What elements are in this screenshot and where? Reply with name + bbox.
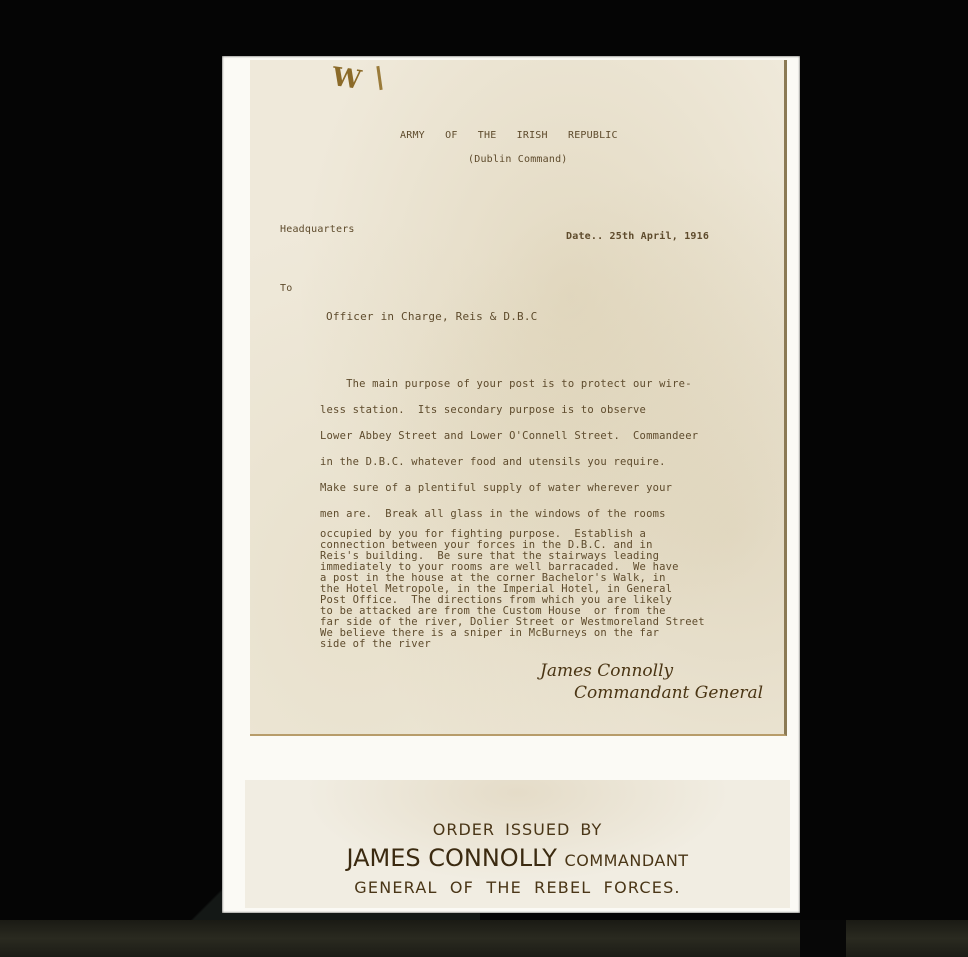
to-label: To bbox=[280, 283, 292, 294]
projector-strip bbox=[0, 920, 968, 957]
body-line: men are. Break all glass in the windows … bbox=[320, 508, 666, 520]
addressee: Officer in Charge, Reis & D.B.C bbox=[326, 310, 538, 323]
lantern-slide: W ARMY OF THE IRISH REPUBLIC (Dublin Com… bbox=[222, 56, 800, 913]
caption-line-3: GENERAL OF THE REBEL FORCES. bbox=[245, 878, 790, 897]
body-line: Lower Abbey Street and Lower O'Connell S… bbox=[320, 430, 698, 442]
caption-panel: ORDER ISSUED BY JAMES CONNOLLY COMMANDAN… bbox=[245, 780, 790, 908]
document-subheading: (Dublin Command) bbox=[468, 154, 568, 165]
body-line: Make sure of a plentiful supply of water… bbox=[320, 482, 672, 494]
body-line: in the D.B.C. whatever food and utensils… bbox=[320, 456, 666, 468]
sender-label: Headquarters bbox=[280, 224, 355, 235]
document-paper: W ARMY OF THE IRISH REPUBLIC (Dublin Com… bbox=[250, 60, 787, 736]
caption-line-2: JAMES CONNOLLY COMMANDANT bbox=[245, 844, 790, 872]
signature-name: James Connolly bbox=[540, 660, 763, 682]
strip-gap bbox=[800, 920, 846, 957]
caption-name: JAMES CONNOLLY bbox=[346, 844, 556, 872]
document-date: Date.. 25th April, 1916 bbox=[566, 231, 709, 242]
signature-title: Commandant General bbox=[540, 682, 763, 704]
document-heading: ARMY OF THE IRISH REPUBLIC bbox=[400, 130, 618, 141]
corner-mark: W bbox=[330, 62, 363, 96]
body-line: less station. Its secondary purpose is t… bbox=[320, 404, 646, 416]
caption-title: COMMANDANT bbox=[565, 851, 689, 870]
caption-line-1: ORDER ISSUED BY bbox=[245, 820, 790, 839]
body-line: The main purpose of your post is to prot… bbox=[320, 378, 692, 390]
body-line: side of the river bbox=[320, 638, 431, 650]
signature: James Connolly Commandant General bbox=[540, 660, 763, 704]
corner-mark-stroke bbox=[376, 66, 382, 90]
